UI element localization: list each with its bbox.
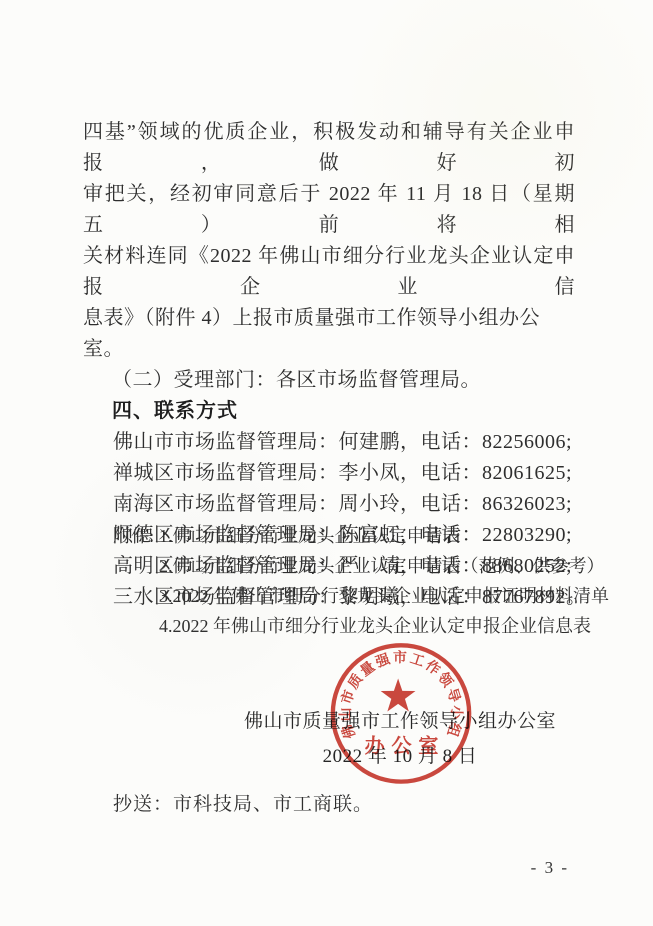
paragraph-line: 关材料连同《2022 年佛山市细分行业龙头企业认定申报企业信	[83, 241, 575, 303]
paragraph-line: 四基”领域的优质企业，积极发动和辅导有关企业申报，做好初	[83, 117, 575, 179]
contact-line: 南海区市场监督管理局：周小玲，电话：86326023;	[83, 489, 575, 520]
signature-date: 2022 年 10 月 8 日	[200, 739, 600, 774]
attachments-list: 1.佛山市细分行业龙头企业认定申请表2.佛山市细分行业龙头企业认定申请表（范例、…	[159, 521, 609, 641]
accept-dept-line: （二）受理部门：各区市场监督管理局。	[83, 365, 575, 396]
scanned-document-page: 四基”领域的优质企业，积极发动和辅导有关企业申报，做好初审把关，经初审同意后于 …	[0, 0, 653, 926]
paragraph-line: 息表》（附件 4）上报市质量强市工作领导小组办公室。	[83, 303, 575, 365]
section-heading-contact: 四、联系方式	[83, 396, 575, 427]
signature-org: 佛山市质量强市工作领导小组办公室	[200, 704, 600, 739]
attachment-item: 2.佛山市细分行业龙头企业认定申请表（范例、供参考）	[159, 551, 609, 581]
paragraph-line: 审把关，经初审同意后于 2022 年 11 月 18 日（星期五）前将相	[83, 179, 575, 241]
page-number: - 3 -	[531, 858, 569, 878]
attachments-block: 附件: 1.佛山市细分行业龙头企业认定申请表2.佛山市细分行业龙头企业认定申请表…	[113, 521, 603, 641]
contact-line: 禅城区市场监督管理局：李小凤，电话：82061625;	[83, 458, 575, 489]
contact-line: 佛山市市场监督管理局：何建鹏，电话：82256006;	[83, 427, 575, 458]
cc-line: 抄送：市科技局、市工商联。	[113, 789, 373, 816]
attachment-item: 1.佛山市细分行业龙头企业认定申请表	[159, 521, 609, 551]
signature-block: 佛山市质量强市工作领导小组办公室 2022 年 10 月 8 日	[200, 704, 600, 774]
attachment-item: 3.2022 年佛山市细分行业龙头企业认定申报证明材料清单	[159, 581, 609, 611]
attachments-label: 附件:	[113, 521, 159, 551]
attachment-item: 4.2022 年佛山市细分行业龙头企业认定申报企业信息表	[159, 611, 609, 641]
opening-paragraph: 四基”领域的优质企业，积极发动和辅导有关企业申报，做好初审把关，经初审同意后于 …	[83, 117, 575, 365]
